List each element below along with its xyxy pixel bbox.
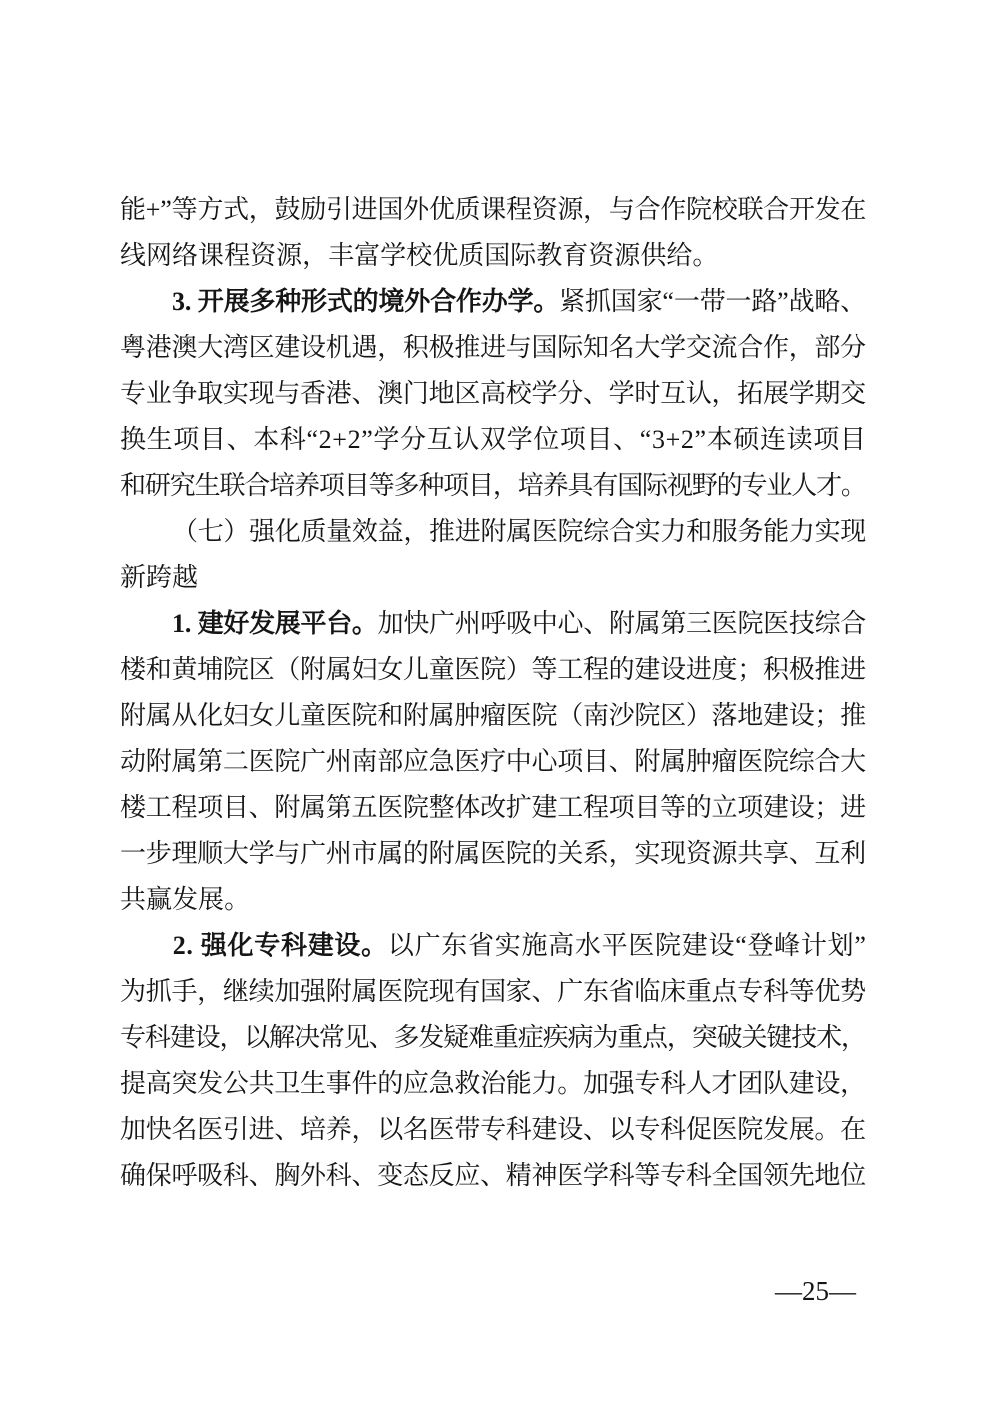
text-line: 1. 建好发展平台。加快广州呼吸中心、附属第三医院医技综合 [120,601,866,647]
text-line: 提高突发公共卫生事件的应急救治能力。加强专科人才团队建设， [120,1061,866,1107]
text-line: 附属从化妇女儿童医院和附属肿瘤医院（南沙院区）落地建设；推 [120,693,866,739]
text-line: 共赢发展。 [120,877,866,923]
text-line: 加快名医引进、培养，以名医带专科建设、以专科促医院发展。在 [120,1107,866,1153]
text-line: 为抓手，继续加强附属医院现有国家、广东省临床重点专科等优势 [120,969,866,1015]
text-line: 楼工程项目、附属第五医院整体改扩建工程项目等的立项建设；进 [120,785,866,831]
text-line: 和研究生联合培养项目等多种项目，培养具有国际视野的专业人才。 [120,463,866,509]
text-line: 粤港澳大湾区建设机遇，积极推进与国际知名大学交流合作，部分 [120,325,866,371]
text-line: 确保呼吸科、胸外科、变态反应、精神医学科等专科全国领先地位 [120,1153,866,1199]
text-line: 一步理顺大学与广州市属的附属医院的关系，实现资源共享、互利 [120,831,866,877]
text-line: 能+”等方式，鼓励引进国外优质课程资源，与合作院校联合开发在 [120,187,866,233]
text-line: 2. 强化专科建设。以广东省实施高水平医院建设“登峰计划” [120,923,866,969]
text-line: 换生项目、本科“2+2”学分互认双学位项目、“3+2”本硕连读项目 [120,417,866,463]
page-number: —25— [775,1276,856,1306]
document-body: 能+”等方式，鼓励引进国外优质课程资源，与合作院校联合开发在线网络课程资源，丰富… [120,187,866,1199]
text-line: （七）强化质量效益，推进附属医院综合实力和服务能力实现 [120,509,866,555]
text-line: 线网络课程资源，丰富学校优质国际教育资源供给。 [120,233,866,279]
text-line: 3. 开展多种形式的境外合作办学。紧抓国家“一带一路”战略、 [120,279,866,325]
text-line: 新跨越 [120,555,866,601]
text-line: 专业争取实现与香港、澳门地区高校学分、学时互认，拓展学期交 [120,371,866,417]
document-page: 能+”等方式，鼓励引进国外优质课程资源，与合作院校联合开发在线网络课程资源，丰富… [0,0,991,1403]
text-line: 动附属第二医院广州南部应急医疗中心项目、附属肿瘤医院综合大 [120,739,866,785]
text-line: 楼和黄埔院区（附属妇女儿童医院）等工程的建设进度；积极推进 [120,647,866,693]
page-number-text: —25— [775,1276,856,1306]
text-line: 专科建设，以解决常见、多发疑难重症疾病为重点，突破关键技术， [120,1015,866,1061]
